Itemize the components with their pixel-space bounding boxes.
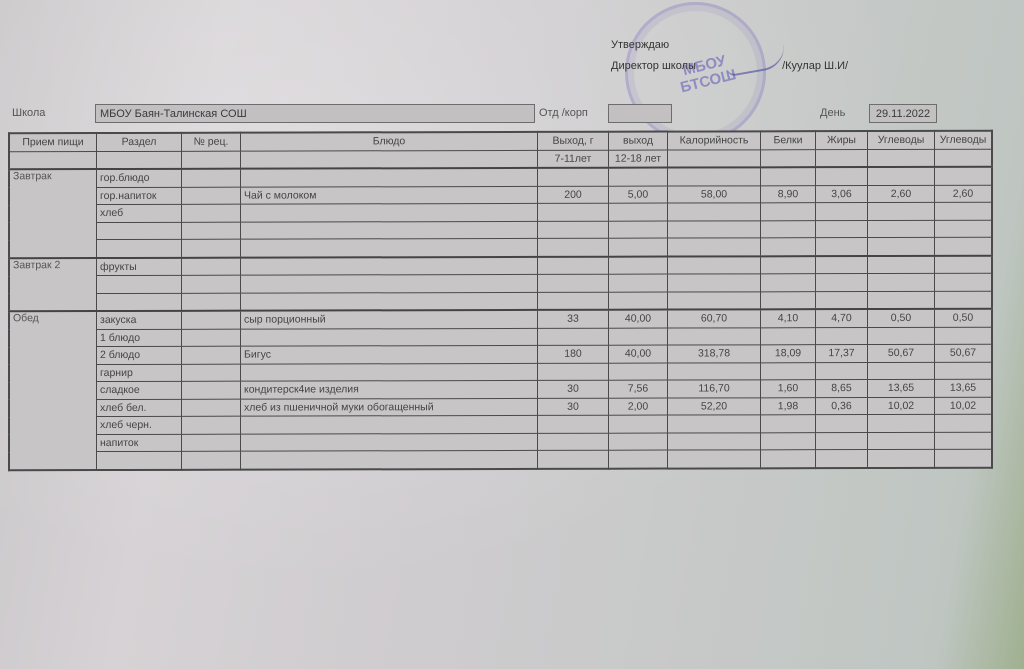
value-cell	[761, 415, 816, 433]
section-cell: фрукты	[97, 257, 182, 275]
value-cell: 30	[538, 398, 609, 416]
value-cell: 5,00	[609, 186, 668, 204]
value-cell	[538, 168, 609, 186]
day-label: День	[820, 107, 845, 119]
column-subheader	[668, 149, 761, 167]
value-cell	[668, 291, 761, 309]
value-cell	[538, 238, 609, 256]
value-cell	[609, 328, 668, 346]
value-cell	[816, 203, 868, 221]
header-fields: Школа МБОУ Баян-Талинская СОШ Отд /корп …	[0, 104, 1024, 126]
value-cell: 3,06	[816, 185, 868, 203]
value-cell	[668, 327, 761, 345]
dish-cell: сыр порционный	[241, 310, 538, 329]
column-subheader	[241, 150, 538, 169]
value-cell	[668, 450, 761, 468]
value-cell: 17,37	[816, 345, 868, 363]
value-cell	[816, 256, 868, 274]
value-cell	[182, 293, 241, 311]
value-cell: 0,36	[816, 397, 868, 415]
value-cell	[761, 362, 816, 380]
value-cell: 13,65	[935, 379, 993, 397]
dish-cell: кондитерск4ие изделия	[241, 380, 538, 398]
section-cell: хлеб бел.	[97, 399, 182, 417]
value-cell	[609, 221, 668, 239]
value-cell	[761, 220, 816, 238]
dish-cell	[241, 168, 538, 187]
dish-cell	[241, 274, 538, 292]
value-cell	[816, 274, 868, 292]
dept-label: Отд /корп	[539, 107, 588, 119]
approval-block: Утверждаю Директор школы /Куулар Ш.И/	[611, 35, 848, 77]
value-cell	[538, 415, 609, 433]
column-subheader	[935, 149, 993, 167]
value-cell	[182, 275, 241, 293]
section-cell	[97, 451, 182, 469]
value-cell	[761, 327, 816, 345]
column-subheader	[816, 149, 868, 167]
value-cell	[868, 220, 935, 238]
value-cell: 50,67	[935, 344, 993, 362]
value-cell	[609, 292, 668, 310]
value-cell	[816, 238, 868, 256]
value-cell: 2,60	[868, 185, 935, 203]
value-cell	[868, 327, 935, 345]
value-cell	[868, 202, 935, 220]
section-cell	[97, 293, 182, 311]
column-header: № рец.	[182, 133, 241, 151]
value-cell	[182, 222, 241, 240]
value-cell	[182, 257, 241, 275]
value-cell	[182, 311, 241, 329]
column-header: выход	[609, 132, 668, 150]
value-cell: 7,56	[609, 380, 668, 398]
value-cell	[761, 274, 816, 292]
day-field[interactable]: 29.11.2022	[869, 104, 937, 123]
meal-cell: Завтрак	[9, 169, 97, 258]
value-cell	[935, 362, 993, 380]
value-cell	[935, 237, 993, 255]
value-cell	[761, 238, 816, 256]
section-cell	[97, 239, 182, 257]
dish-cell	[241, 450, 538, 469]
value-cell	[868, 291, 935, 309]
section-cell: закуска	[97, 311, 182, 329]
value-cell	[182, 416, 241, 434]
value-cell	[816, 220, 868, 238]
value-cell: 2,60	[935, 185, 993, 203]
value-cell	[935, 327, 993, 345]
value-cell	[868, 432, 935, 450]
dish-cell: Бигус	[241, 345, 538, 363]
value-cell: 4,70	[816, 309, 868, 327]
value-cell	[816, 432, 868, 450]
value-cell	[538, 221, 609, 239]
value-cell	[609, 238, 668, 256]
column-header: Блюдо	[241, 132, 538, 151]
dish-cell	[241, 238, 538, 257]
meal-cell: Обед	[9, 311, 97, 470]
section-cell	[97, 222, 182, 240]
section-cell: сладкое	[97, 381, 182, 399]
value-cell: 40,00	[609, 310, 668, 328]
section-cell	[97, 275, 182, 293]
table-row	[9, 449, 992, 470]
section-cell: напиток	[97, 434, 182, 452]
value-cell	[816, 327, 868, 345]
value-cell	[182, 434, 241, 452]
value-cell: 1,60	[761, 380, 816, 398]
value-cell	[609, 433, 668, 451]
value-cell	[609, 415, 668, 433]
value-cell	[182, 187, 241, 205]
value-cell: 33	[538, 310, 609, 328]
value-cell: 0,50	[935, 309, 993, 327]
value-cell	[935, 414, 993, 432]
value-cell: 4,10	[761, 309, 816, 327]
value-cell	[816, 167, 868, 185]
dept-field[interactable]	[608, 104, 672, 123]
value-cell	[761, 432, 816, 450]
value-cell: 200	[538, 186, 609, 204]
school-label: Школа	[12, 107, 45, 119]
value-cell	[816, 415, 868, 433]
value-cell	[868, 449, 935, 467]
value-cell	[761, 450, 816, 468]
value-cell	[538, 328, 609, 346]
value-cell	[935, 167, 993, 185]
section-cell: 1 блюдо	[97, 329, 182, 347]
value-cell	[538, 450, 609, 468]
value-cell	[668, 362, 761, 380]
dish-cell: Чай с молоком	[241, 186, 538, 204]
value-cell	[868, 237, 935, 255]
value-cell	[761, 256, 816, 274]
value-cell	[935, 202, 993, 220]
column-header: Выход, г	[538, 132, 609, 150]
value-cell: 60,70	[668, 309, 761, 327]
value-cell	[761, 203, 816, 221]
value-cell: 0,50	[868, 309, 935, 327]
value-cell	[868, 273, 935, 291]
value-cell	[868, 414, 935, 432]
meal-cell: Завтрак 2	[9, 258, 97, 312]
value-cell: 2,00	[609, 398, 668, 416]
value-cell	[182, 329, 241, 347]
value-cell: 1,98	[761, 397, 816, 415]
value-cell	[668, 415, 761, 433]
approve-label: Утверждаю	[611, 35, 848, 56]
director-label: Директор школы	[611, 60, 696, 72]
value-cell	[761, 291, 816, 309]
column-header: Углеводы	[868, 131, 935, 149]
value-cell	[182, 451, 241, 469]
value-cell	[935, 291, 993, 309]
value-cell	[935, 273, 993, 291]
dish-cell	[241, 363, 538, 381]
value-cell	[538, 292, 609, 310]
value-cell	[609, 450, 668, 468]
dish-cell	[241, 256, 538, 275]
value-cell	[868, 362, 935, 380]
value-cell	[182, 364, 241, 382]
value-cell: 50,67	[868, 344, 935, 362]
section-cell: гор.напиток	[97, 187, 182, 205]
value-cell	[182, 346, 241, 364]
section-cell: гарнир	[97, 364, 182, 382]
value-cell	[609, 274, 668, 292]
value-cell: 40,00	[609, 345, 668, 363]
column-subheader: 12-18 лет	[609, 150, 668, 168]
value-cell	[538, 274, 609, 292]
column-subheader	[97, 151, 182, 169]
value-cell	[668, 256, 761, 274]
value-cell	[609, 203, 668, 221]
value-cell	[761, 167, 816, 185]
value-cell	[182, 239, 241, 257]
value-cell: 318,78	[668, 345, 761, 363]
value-cell	[182, 204, 241, 222]
dish-cell	[241, 292, 538, 311]
section-cell: 2 блюдо	[97, 346, 182, 364]
value-cell: 8,90	[761, 185, 816, 203]
dish-cell	[241, 415, 538, 433]
column-header: Калорийность	[668, 131, 761, 149]
value-cell	[182, 381, 241, 399]
dish-cell	[241, 203, 538, 221]
value-cell: 8,65	[816, 380, 868, 398]
value-cell	[668, 203, 761, 221]
value-cell: 58,00	[668, 185, 761, 203]
value-cell	[935, 220, 993, 238]
column-header: Раздел	[97, 133, 182, 151]
value-cell	[868, 167, 935, 185]
column-subheader	[868, 149, 935, 167]
value-cell	[182, 399, 241, 417]
value-cell	[609, 168, 668, 186]
value-cell	[668, 167, 761, 185]
dish-cell: хлеб из пшеничной муки обогащенный	[241, 398, 538, 416]
value-cell	[868, 255, 935, 273]
column-header: Углеводы	[935, 131, 993, 149]
value-cell: 10,02	[935, 397, 993, 415]
dish-cell	[241, 221, 538, 239]
value-cell	[668, 238, 761, 256]
director-name: /Куулар Ш.И/	[782, 60, 848, 72]
school-field[interactable]: МБОУ Баян-Талинская СОШ	[95, 104, 535, 123]
column-header: Белки	[761, 131, 816, 149]
section-cell: хлеб черн.	[97, 416, 182, 434]
value-cell: 10,02	[868, 397, 935, 415]
value-cell	[816, 362, 868, 380]
value-cell	[816, 450, 868, 468]
value-cell	[668, 220, 761, 238]
value-cell	[609, 363, 668, 381]
value-cell	[182, 169, 241, 187]
menu-table: Прием пищиРаздел№ рец.БлюдоВыход, гвыход…	[8, 130, 993, 471]
column-subheader: 7-11лет	[538, 150, 609, 168]
dish-cell	[241, 328, 538, 346]
value-cell: 18,09	[761, 345, 816, 363]
value-cell: 30	[538, 380, 609, 398]
value-cell	[609, 256, 668, 274]
column-subheader	[182, 151, 241, 169]
column-header: Прием пищи	[9, 133, 97, 151]
column-header: Жиры	[816, 131, 868, 149]
value-cell: 13,65	[868, 379, 935, 397]
value-cell	[538, 256, 609, 274]
value-cell	[935, 255, 993, 273]
value-cell	[816, 291, 868, 309]
value-cell: 52,20	[668, 397, 761, 415]
value-cell: 116,70	[668, 380, 761, 398]
value-cell	[538, 363, 609, 381]
column-subheader	[761, 149, 816, 167]
section-cell: гор.блюдо	[97, 169, 182, 187]
value-cell	[668, 432, 761, 450]
column-subheader	[9, 151, 97, 169]
value-cell	[668, 274, 761, 292]
value-cell	[538, 203, 609, 221]
value-cell	[935, 432, 993, 450]
value-cell: 180	[538, 345, 609, 363]
value-cell	[538, 433, 609, 451]
dish-cell	[241, 433, 538, 451]
value-cell	[935, 449, 993, 467]
section-cell: хлеб	[97, 204, 182, 222]
menu-table-body: Завтракгор.блюдогор.напитокЧай с молоком…	[9, 167, 992, 470]
